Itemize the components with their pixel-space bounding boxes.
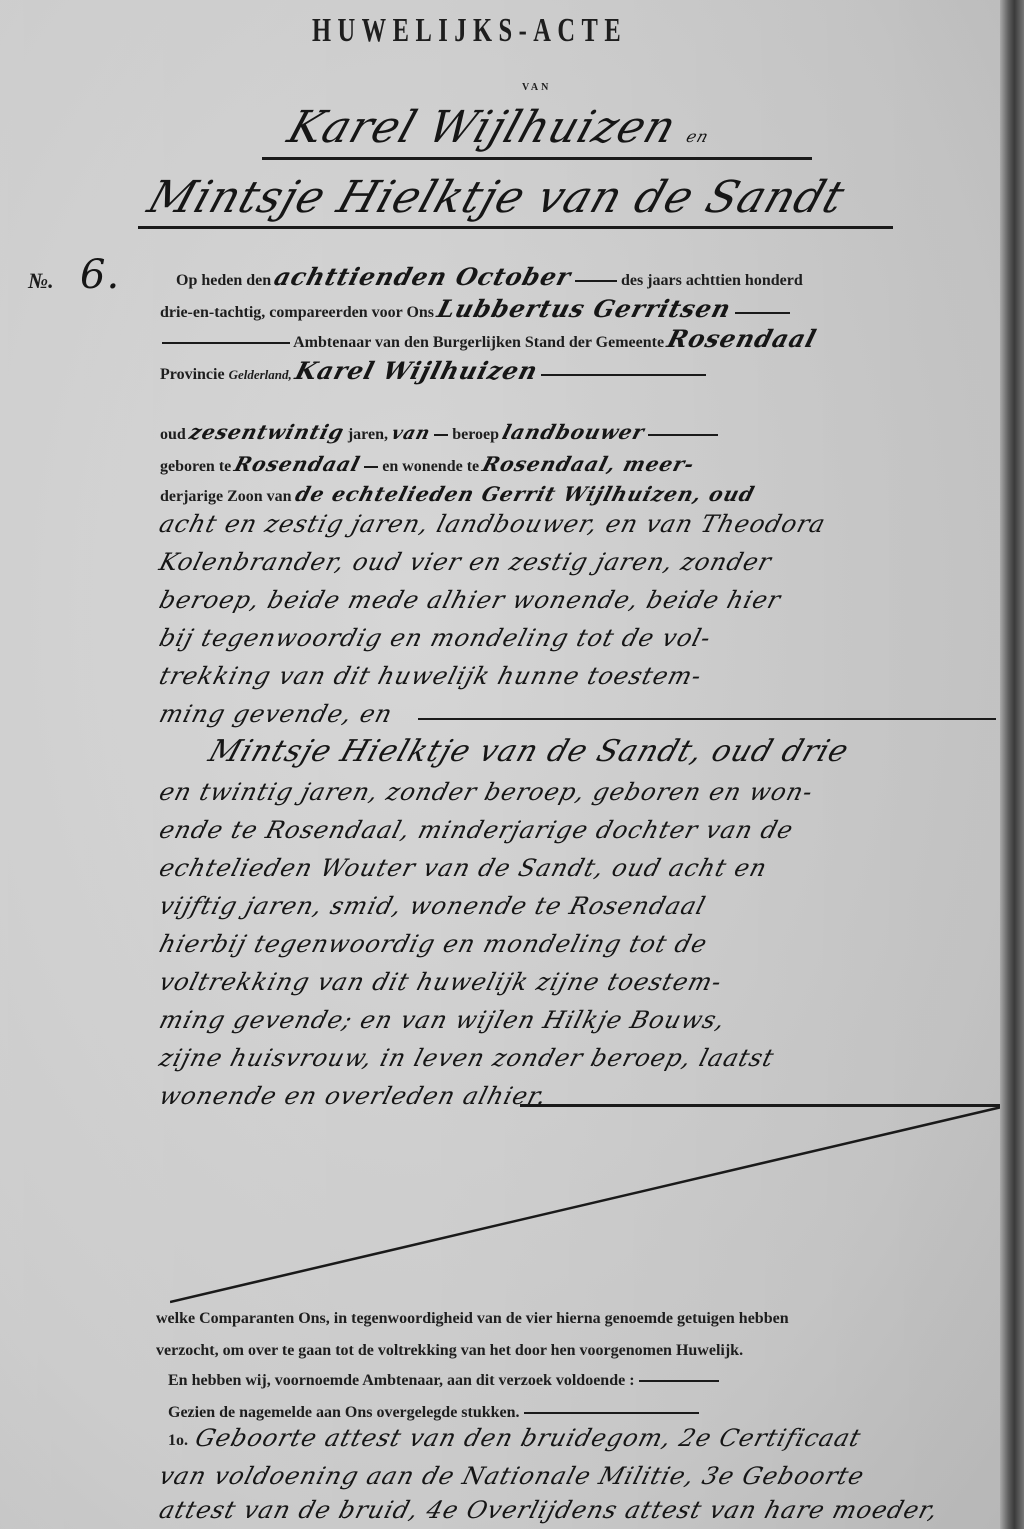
fill-dash bbox=[735, 312, 790, 314]
handwritten-line: trekking van dit huwelijk hunne toestem- bbox=[156, 662, 705, 690]
province: Gelderland, bbox=[229, 367, 292, 382]
groom-residence: Rosendaal, meer- bbox=[480, 452, 698, 476]
fill-dash bbox=[434, 434, 448, 436]
handwritten-line: beroep, beide mede alhier wonende, beide… bbox=[156, 586, 784, 614]
intro-line-2: drie-en-tachtig, compareerden voor Ons L… bbox=[160, 294, 790, 323]
fill-dash bbox=[541, 374, 706, 376]
groom-parents: de echtelieden Gerrit Wijlhuizen, oud bbox=[292, 482, 757, 506]
handwritten-line: en twintig jaren, zonder beroep, geboren… bbox=[156, 778, 816, 806]
marriage-date: achttienden October bbox=[271, 262, 575, 291]
blank-strike-line bbox=[170, 1104, 1010, 1304]
closing-line-1: welke Comparanten Ons, in tegenwoordighe… bbox=[156, 1310, 789, 1328]
bride-name-heading: Mintsje Hielktje van de Sandt bbox=[142, 172, 852, 223]
fill-dash bbox=[364, 466, 378, 468]
fill-rule bbox=[418, 718, 996, 720]
groom-line-1: oud zesentwintig jaren, van beroep landb… bbox=[160, 420, 718, 444]
groom-line-3: derjarige Zoon van de echtelieden Gerrit… bbox=[160, 482, 754, 506]
official-name: Lubbertus Gerritsen bbox=[434, 294, 734, 323]
groom-age: zesentwintig bbox=[187, 420, 347, 444]
documents-line: van voldoening aan de Nationale Militie,… bbox=[156, 1462, 867, 1490]
handwritten-line: ming gevende; en van wijlen Hilkje Bouws… bbox=[156, 1006, 728, 1034]
intro-line-4: Provincie Gelderland, Karel Wijlhuizen bbox=[160, 356, 706, 385]
handwritten-line: vijftig jaren, smid, wonende te Rosendaa… bbox=[156, 892, 709, 920]
groom-name-inline: Karel Wijlhuizen bbox=[292, 356, 541, 385]
intro-line-1: Op heden den achttienden October des jaa… bbox=[176, 262, 803, 291]
fill-dash bbox=[524, 1412, 699, 1414]
groom-occupation: landbouwer bbox=[500, 420, 648, 444]
groom-name-heading: Karel Wijlhuizen en bbox=[282, 102, 720, 153]
handwritten-line: zijne huisvrouw, in leven zonder beroep,… bbox=[156, 1044, 777, 1072]
groom-birthplace: Rosendaal bbox=[232, 452, 363, 476]
en-connector: en bbox=[684, 127, 712, 146]
municipality: Rosendaal bbox=[664, 324, 820, 353]
handwritten-line: hierbij tegenwoordig en mondeling tot de bbox=[156, 930, 711, 958]
handwritten-line: bij tegenwoordig en mondeling tot de vol… bbox=[156, 624, 714, 652]
closing-line-4: Gezien de nagemelde aan Ons overgelegde … bbox=[168, 1404, 699, 1422]
documents-line: attest van de bruid, 4e Overlijdens atte… bbox=[156, 1496, 941, 1524]
item-number: 1o. bbox=[168, 1432, 188, 1450]
closing-line-3: En hebben wij, voornoemde Ambtenaar, aan… bbox=[168, 1372, 719, 1390]
book-binding-edge bbox=[1000, 0, 1024, 1529]
handwritten-line: acht en zestig jaren, landbouwer, en van… bbox=[156, 510, 829, 538]
number-label: №. bbox=[28, 268, 54, 294]
certificate-page: HUWELIJKS-ACTE VAN Karel Wijlhuizen en M… bbox=[0, 0, 1000, 1529]
handwritten-line: voltrekking van dit huwelijk zijne toest… bbox=[156, 968, 725, 996]
handwritten-line: Kolenbrander, oud vier en zestig jaren, … bbox=[156, 548, 775, 576]
document-title: HUWELIJKS-ACTE bbox=[312, 12, 627, 50]
handwritten-line: echtelieden Wouter van de Sandt, oud ach… bbox=[156, 854, 770, 882]
documents-line: Geboorte attest van den bruidegom, 2e Ce… bbox=[192, 1424, 864, 1452]
fill-dash bbox=[162, 342, 290, 344]
closing-line-2: verzocht, om over te gaan tot de voltrek… bbox=[156, 1342, 743, 1360]
fill-dash bbox=[639, 1380, 719, 1382]
intro-line-3: Ambtenaar van den Burgerlijken Stand der… bbox=[162, 324, 816, 353]
heading-rule-1 bbox=[262, 157, 812, 160]
handwritten-line: ende te Rosendaal, minderjarige dochter … bbox=[156, 816, 796, 844]
groom-line-2: geboren te Rosendaal en wonende te Rosen… bbox=[160, 452, 695, 476]
heading-rule-2 bbox=[138, 226, 893, 229]
van-label: VAN bbox=[522, 82, 551, 93]
handwritten-line: ming gevende, en bbox=[156, 700, 396, 728]
fill-dash bbox=[575, 280, 617, 282]
bride-name-line: Mintsje Hielktje van de Sandt, oud drie bbox=[204, 734, 853, 769]
act-number: 6. bbox=[80, 252, 120, 298]
fill-dash bbox=[648, 434, 718, 436]
